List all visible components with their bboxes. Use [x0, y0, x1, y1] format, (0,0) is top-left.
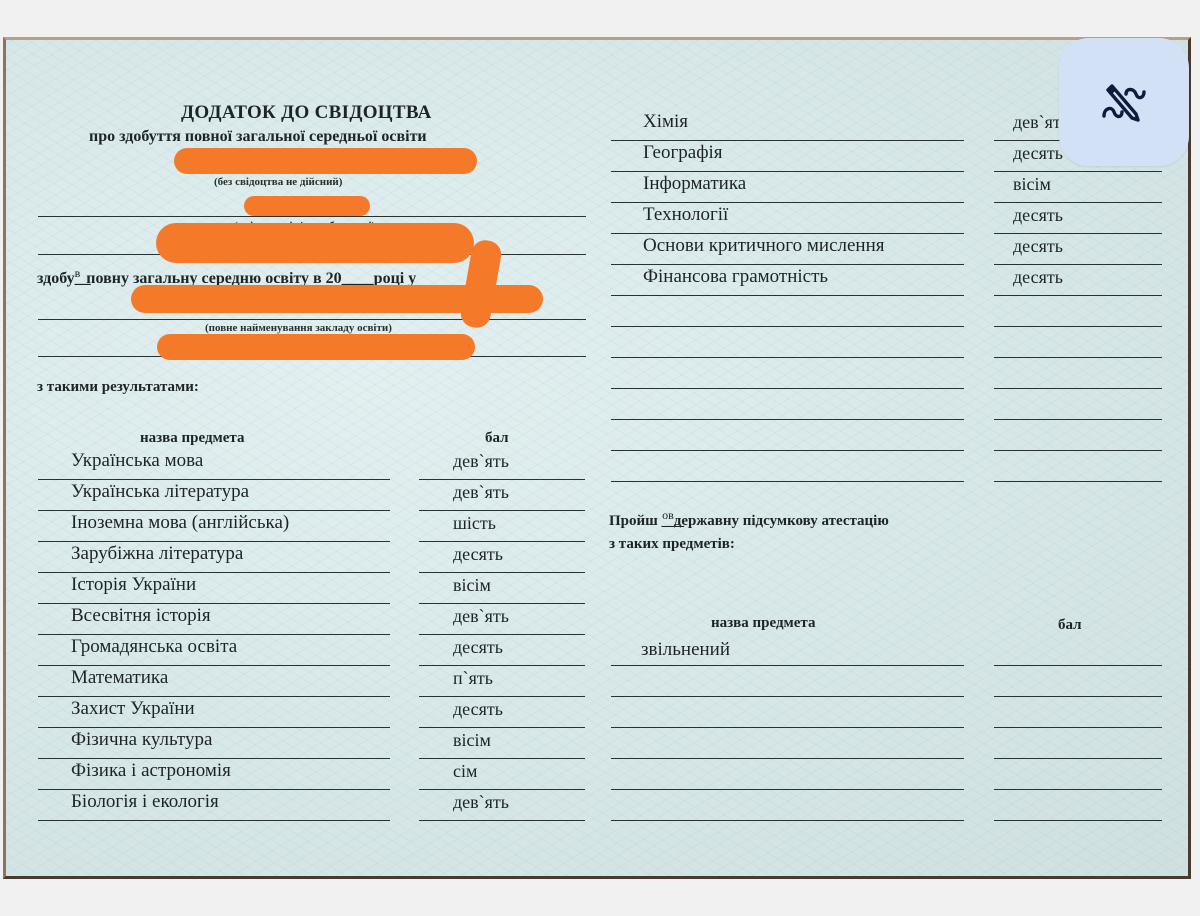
row-line [38, 665, 390, 666]
row-line [611, 357, 964, 358]
subject-name: Зарубіжна література [71, 543, 243, 565]
row-line [419, 541, 585, 542]
grade-value: п`ять [453, 668, 493, 689]
subject-name: Захист України [71, 698, 195, 720]
caption-institution: (повне найменування закладу освіти) [205, 322, 392, 334]
grade-value: сім [453, 761, 477, 782]
row-line [38, 634, 390, 635]
subject-name: Основи критичного мислення [643, 235, 885, 257]
col-header-grade: бал [485, 430, 509, 447]
attestation-col-grade: бал [1058, 617, 1082, 634]
attestation-line: Пройш ___овдержавну підсумкову атестацію [609, 513, 889, 530]
subject-name: Фінансова грамотність [643, 266, 828, 288]
col-header-subject: назва предмета [140, 430, 244, 447]
pen-squiggle-icon [1098, 76, 1150, 128]
row-line [994, 295, 1162, 296]
row-line [994, 233, 1162, 234]
row-line [611, 727, 964, 728]
row-line [994, 758, 1162, 759]
document-subtitle: про здобуття повної загальної середньої … [89, 128, 427, 146]
row-line [611, 264, 964, 265]
row-line [419, 820, 585, 821]
redaction-mark [156, 223, 474, 263]
grade-value: вісім [453, 730, 491, 751]
grade-value: дев`ять [453, 451, 509, 472]
row-line [611, 450, 964, 451]
row-line [419, 727, 585, 728]
caption-not-valid: (без свідоцтва не дійсний) [214, 176, 342, 188]
row-line [994, 450, 1162, 451]
row-line [419, 696, 585, 697]
subject-name: Українська література [71, 481, 249, 503]
row-line [419, 634, 585, 635]
row-line [994, 696, 1162, 697]
subject-name: Біологія і екологія [71, 791, 219, 813]
row-line [994, 264, 1162, 265]
subject-name: Математика [71, 667, 168, 689]
row-line [611, 295, 964, 296]
row-line [611, 140, 964, 141]
subject-name: Історія України [71, 574, 196, 596]
grade-value: десять [1013, 143, 1063, 164]
institution-line [38, 319, 586, 320]
row-line [611, 820, 964, 821]
subject-name: Іноземна мова (англійська) [71, 512, 289, 534]
row-line [611, 202, 964, 203]
row-line [419, 789, 585, 790]
attestation-line-2: з таких предметів: [609, 536, 735, 553]
row-line [419, 510, 585, 511]
row-line [419, 603, 585, 604]
attestation-prefix: Пройш [609, 513, 658, 529]
subject-name: звільнений [641, 639, 730, 661]
row-line [611, 171, 964, 172]
redaction-mark [131, 285, 543, 313]
row-line [38, 727, 390, 728]
redaction-mark [244, 196, 370, 216]
row-line [419, 572, 585, 573]
row-line [38, 603, 390, 604]
grade-value: десять [453, 699, 503, 720]
grade-value: дев`ять [453, 606, 509, 627]
row-line [38, 510, 390, 511]
row-line [611, 758, 964, 759]
row-line [38, 758, 390, 759]
grade-value: вісім [1013, 174, 1051, 195]
grade-value: вісім [453, 575, 491, 596]
row-line [38, 541, 390, 542]
row-line [994, 357, 1162, 358]
row-line [611, 665, 964, 666]
grade-value: шість [453, 513, 496, 534]
row-line [611, 388, 964, 389]
results-label: з такими результатами: [37, 379, 199, 396]
certificate-appendix-page: ДОДАТОК ДО СВІДОЦТВА про здобуття повної… [3, 37, 1191, 879]
subject-name: Географія [643, 142, 723, 164]
row-line [419, 758, 585, 759]
row-line [994, 202, 1162, 203]
name-line [38, 216, 586, 217]
subject-name: Всесвітня історія [71, 605, 211, 627]
document-title: ДОДАТОК ДО СВІДОЦТВА [181, 102, 432, 124]
grade-value: дев`ять [453, 792, 509, 813]
markup-toggle-button[interactable] [1059, 38, 1189, 166]
subject-name: Інформатика [643, 173, 746, 195]
redaction-mark [174, 148, 477, 174]
subject-name: Технології [643, 204, 728, 226]
attestation-text: державну підсумкову атестацію [674, 513, 889, 529]
grade-value: десять [453, 637, 503, 658]
row-line [994, 388, 1162, 389]
row-line [38, 696, 390, 697]
obtained-prefix: здобу [37, 270, 75, 287]
row-line [38, 479, 390, 480]
row-line [38, 572, 390, 573]
attestation-col-subject: назва предмета [711, 615, 815, 632]
subject-name: Фізика і астрономія [71, 760, 231, 782]
row-line [611, 789, 964, 790]
row-line [994, 326, 1162, 327]
subject-name: Громадянська освіта [71, 636, 237, 658]
row-line [611, 481, 964, 482]
row-line [38, 820, 390, 821]
redaction-mark [157, 334, 475, 360]
row-line [994, 481, 1162, 482]
row-line [994, 419, 1162, 420]
grade-value: десять [453, 544, 503, 565]
subject-name: Українська мова [71, 450, 203, 472]
grade-value: десять [1013, 267, 1063, 288]
row-line [38, 789, 390, 790]
row-line [419, 665, 585, 666]
attestation-suffix: ов [662, 508, 674, 522]
row-line [611, 233, 964, 234]
grade-value: десять [1013, 205, 1063, 226]
row-line [994, 820, 1162, 821]
row-line [994, 727, 1162, 728]
subject-name: Хімія [643, 111, 688, 133]
row-line [611, 419, 964, 420]
grade-value: дев`ять [453, 482, 509, 503]
row-line [611, 326, 964, 327]
grade-value: десять [1013, 236, 1063, 257]
subject-name: Фізична культура [71, 729, 212, 751]
row-line [994, 789, 1162, 790]
obtained-suffix: в [75, 266, 81, 280]
row-line [419, 479, 585, 480]
row-line [994, 171, 1162, 172]
row-line [611, 696, 964, 697]
row-line [994, 665, 1162, 666]
